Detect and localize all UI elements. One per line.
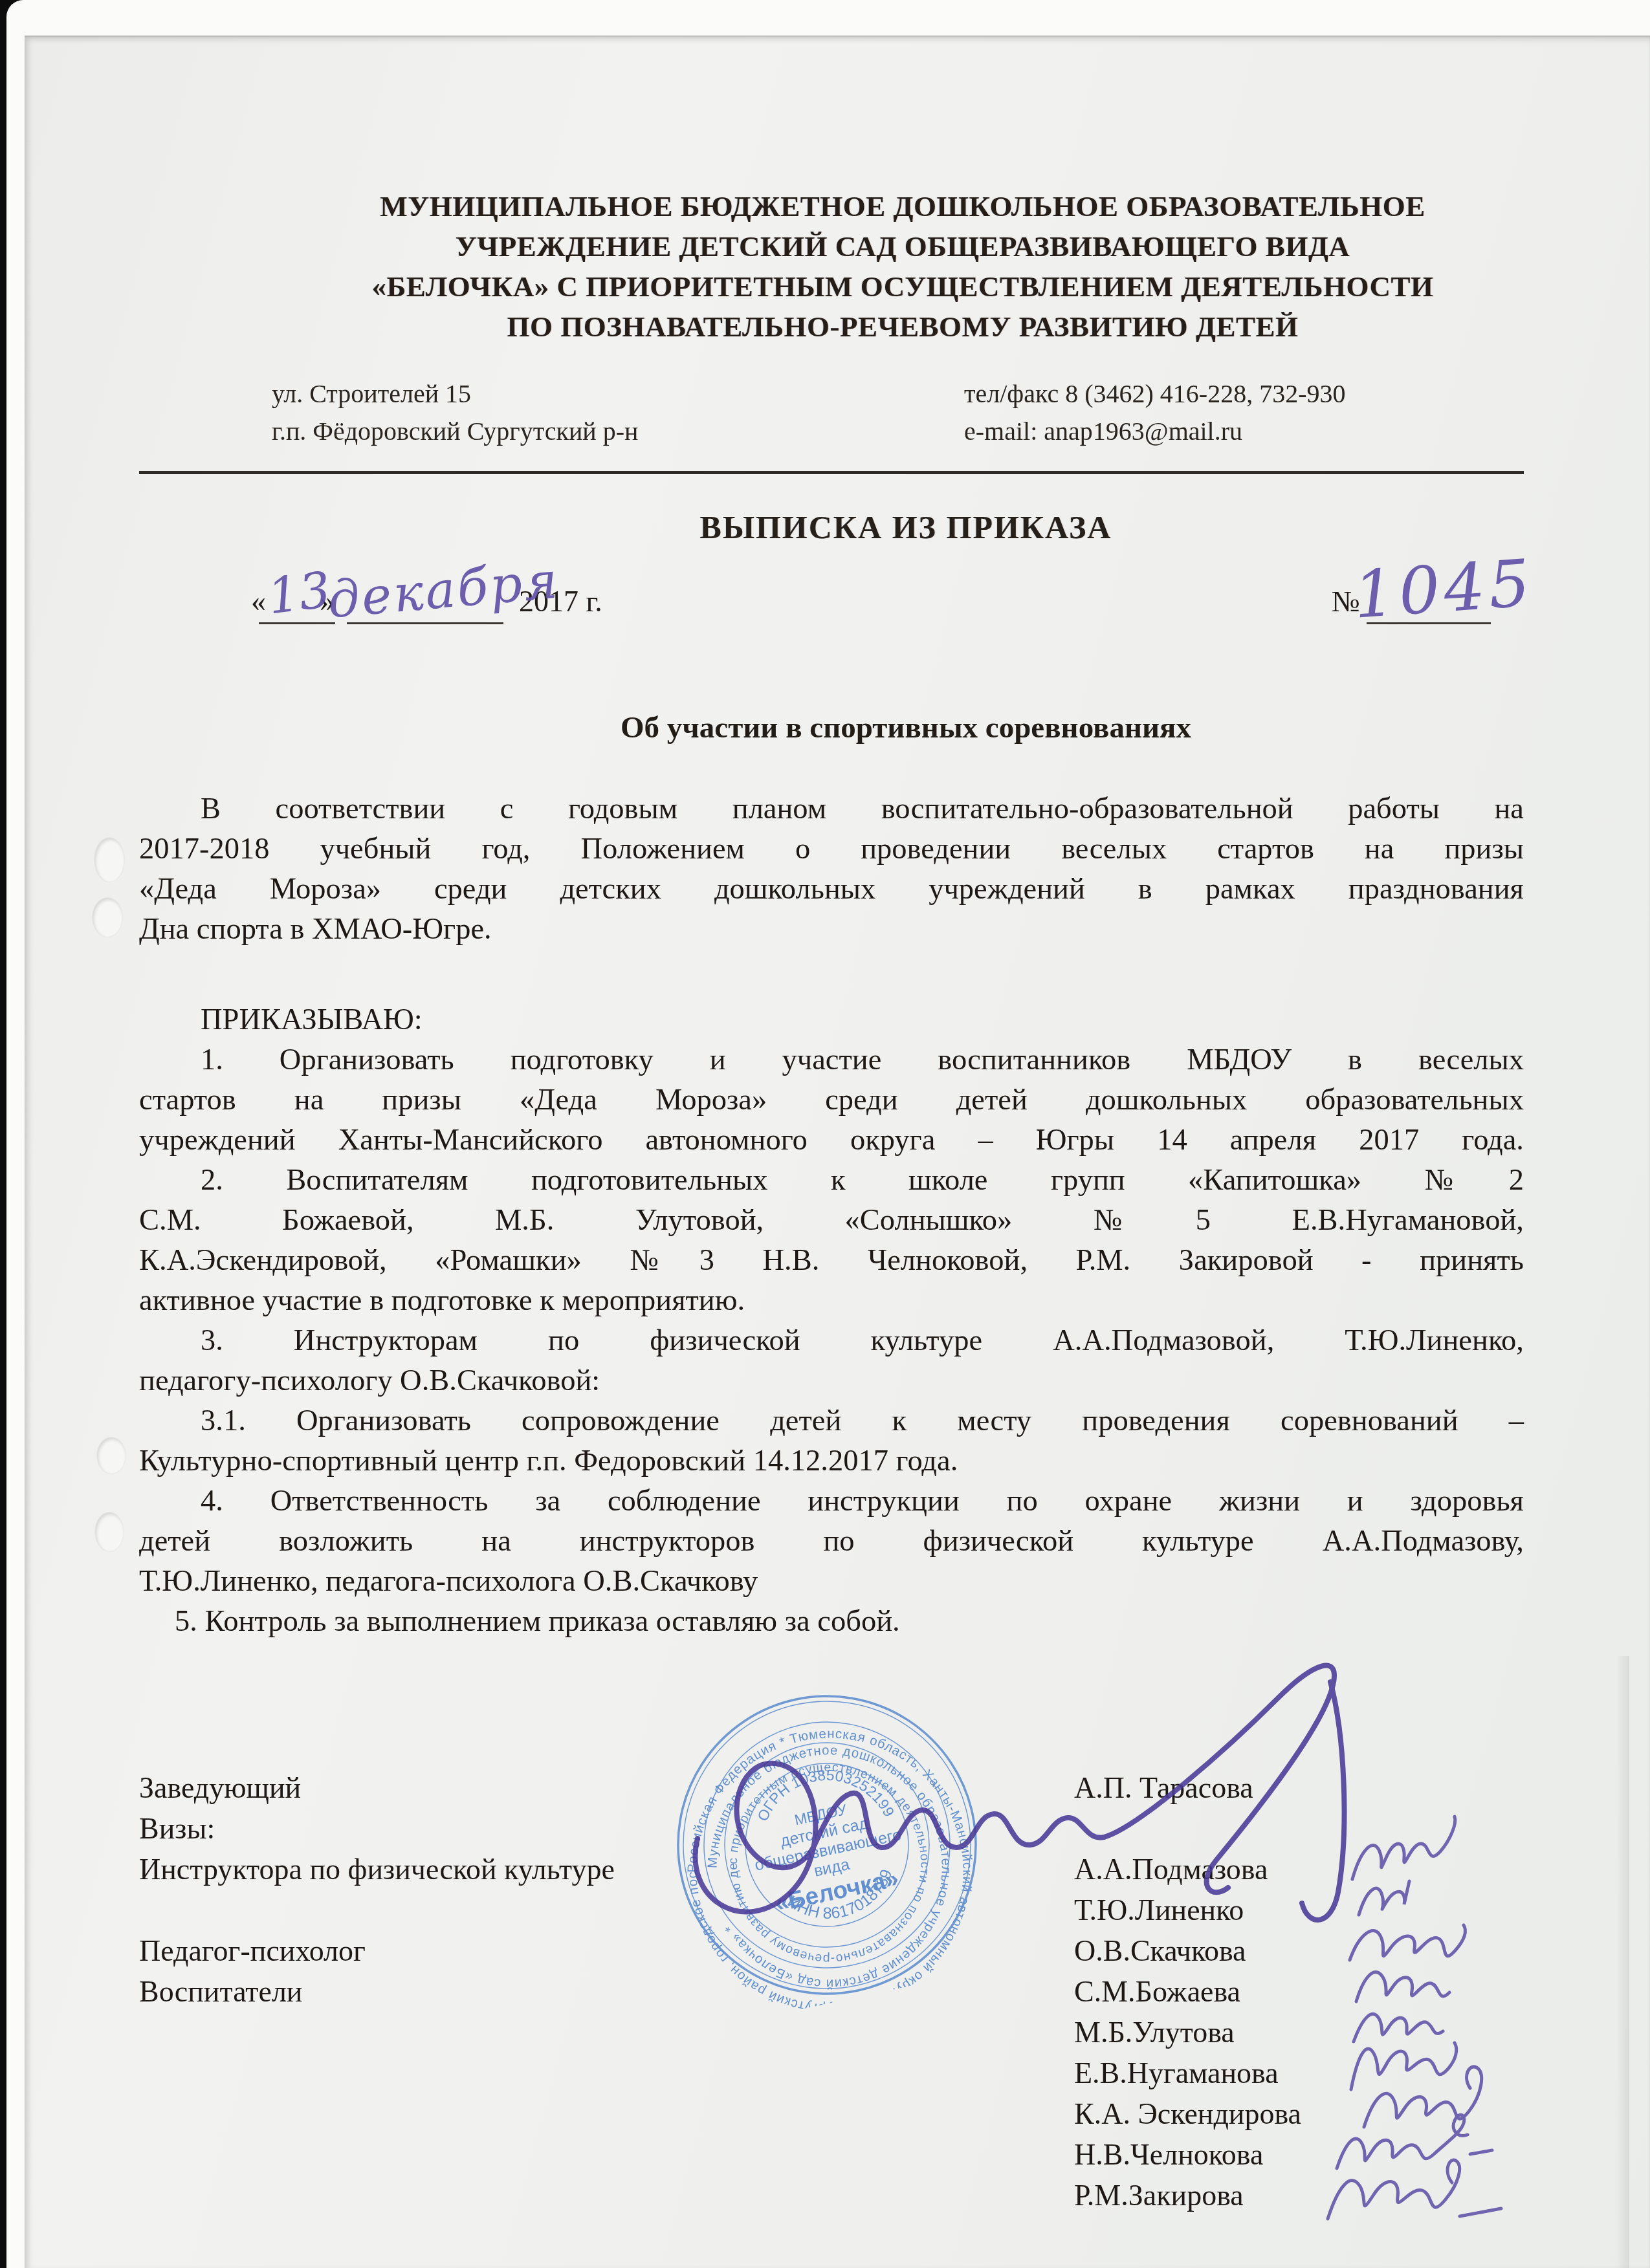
organization-name-header: МУНИЦИПАЛЬНОЕ БЮДЖЕТНОЕ ДОШКОЛЬНОЕ ОБРАЗ… <box>272 186 1534 347</box>
body-line: 5. Контроль за выполнением приказа остав… <box>139 1602 1524 1642</box>
signature-name: К.А. Эскендирова <box>1074 2093 1524 2134</box>
body-line: «Деда Мороза» среди детских дошкольных у… <box>139 869 1524 910</box>
signature-name: О.В.Скачкова <box>1074 1930 1524 1971</box>
phone-fax-line: тел/факс 8 (3462) 416-228, 732-930 <box>964 378 1345 409</box>
signature-row: Е.В.Нугаманова <box>139 2053 1524 2093</box>
signature-name: А.А.Подмазова <box>1074 1849 1524 1890</box>
body-line: 3.1. Организовать сопровождение детей к … <box>139 1401 1524 1441</box>
signature-name: Р.М.Закирова <box>1074 2175 1524 2216</box>
handwritten-order-number: 1045 <box>1351 545 1536 633</box>
org-header-line: УЧРЕЖДЕНИЕ ДЕТСКИЙ САД ОБЩЕРАЗВИВАЮЩЕГО … <box>272 226 1534 267</box>
body-line: Культурно-спортивный центр г.п. Федоровс… <box>139 1441 1524 1481</box>
signature-name: А.П. Тарасова <box>1074 1767 1524 1808</box>
body-line: К.А.Эскендировой, «Ромашки» №3 Н.В. Челн… <box>139 1241 1524 1281</box>
body-line: 3. Инструкторам по физической культуре А… <box>139 1321 1524 1361</box>
body-line: учреждений Ханты-Мансийского автономного… <box>139 1120 1524 1161</box>
order-body-text: В соответствии с годовым планом воспитат… <box>139 789 1524 1642</box>
body-line: 1. Организовать подготовку и участие вос… <box>139 1040 1524 1080</box>
signature-name: Н.В.Челнокова <box>1074 2134 1524 2175</box>
signature-row: Р.М.Закирова <box>139 2175 1524 2216</box>
org-header-line: МУНИЦИПАЛЬНОЕ БЮДЖЕТНОЕ ДОШКОЛЬНОЕ ОБРАЗ… <box>272 186 1534 226</box>
address-line: ул. Строителей 15 <box>272 378 471 409</box>
letterhead-divider-rule <box>139 471 1524 474</box>
address-line: г.п. Фёдоровский Сургутский р-н <box>272 416 638 446</box>
org-header-line: «БЕЛОЧКА» С ПРИОРИТЕТНЫМ ОСУЩЕСТВЛЕНИЕМ … <box>272 267 1534 307</box>
signature-position-label <box>139 2053 1074 2093</box>
body-line: педагогу-психологу О.В.Скачковой: <box>139 1361 1524 1401</box>
body-line: В соответствии с годовым планом воспитат… <box>139 789 1524 829</box>
body-line: 4. Ответственность за соблюдение инструк… <box>139 1481 1524 1521</box>
signature-position-label <box>139 2093 1074 2134</box>
official-round-stamp: Российская Федерация * Тюменская область… <box>643 1661 1011 2029</box>
hole-punch-mark <box>94 838 124 882</box>
body-line: С.М. Божаевой, М.Б. Улутовой, «Солнышко»… <box>139 1201 1524 1241</box>
signature-row: Н.В.Челнокова <box>139 2134 1524 2175</box>
body-line: Дна спорта в ХМАО-Югре. <box>139 910 1524 950</box>
signature-position-label <box>139 2134 1074 2175</box>
handwritten-date-day: 13 <box>265 560 334 625</box>
signature-name: Т.Ю.Линенко <box>1074 1890 1524 1930</box>
signature-name <box>1074 1808 1524 1849</box>
org-header-line: ПО ПОЗНАВАТЕЛЬНО-РЕЧЕВОМУ РАЗВИТИЮ ДЕТЕЙ <box>272 307 1534 347</box>
email-line: e-mail: anap1963@mail.ru <box>964 416 1242 446</box>
date-day-underline <box>259 622 335 624</box>
hole-punch-mark <box>95 1512 124 1551</box>
scanned-document-page: { "letterhead": { "org_lines": [ "МУНИЦИ… <box>0 0 1650 2268</box>
signature-position-label <box>139 2175 1074 2216</box>
signature-name: Е.В.Нугаманова <box>1074 2053 1524 2093</box>
signature-row: М.Б.Улутова <box>139 2012 1524 2053</box>
stamp-svg: Российская Федерация * Тюменская область… <box>643 1661 1011 2029</box>
body-line: Т.Ю.Линенко, педагога-психолога О.В.Скач… <box>139 1562 1524 1602</box>
body-line: ПРИКАЗЫВАЮ: <box>139 1000 1524 1040</box>
hole-punch-mark <box>93 898 122 937</box>
signature-name: М.Б.Улутова <box>1074 2012 1524 2053</box>
document-title: ВЫПИСКА ИЗ ПРИКАЗА <box>272 508 1540 546</box>
signature-name: С.М.Божаева <box>1074 1971 1524 2012</box>
paper-edge-shadow <box>1616 1656 1629 2268</box>
body-line: 2. Воспитателям подготовительных к школе… <box>139 1161 1524 1201</box>
body-line: детей возложить на инструкторов по физич… <box>139 1521 1524 1562</box>
body-line: стартов на призы «Деда Мороза» среди дет… <box>139 1080 1524 1120</box>
body-line: активное участие в подготовке к мероприя… <box>139 1281 1524 1321</box>
signature-row: К.А. Эскендирова <box>139 2093 1524 2134</box>
date-open-quote: « <box>251 584 266 618</box>
hole-punch-mark <box>97 1437 126 1474</box>
signature-position-label <box>139 2012 1074 2053</box>
document-subject: Об участии в спортивных соревнованиях <box>272 710 1540 745</box>
body-line: 2017-2018 учебный год, Положением о пров… <box>139 829 1524 869</box>
